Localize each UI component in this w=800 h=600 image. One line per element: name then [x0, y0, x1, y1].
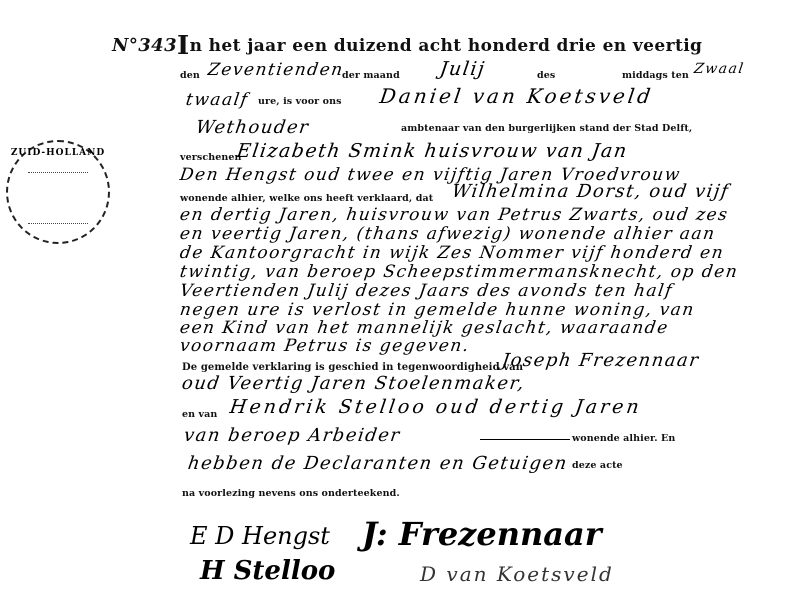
print-wonende-verklaard: wonende alhier, welke ons heeft verklaar… — [180, 193, 433, 204]
print-deze-acte: deze acte — [572, 460, 623, 471]
signature-frezennaar: J: Frezennaar — [362, 515, 602, 553]
label-den: den — [180, 70, 200, 81]
handwritten-line-14: voornaam Petrus is gegeven. — [179, 336, 471, 356]
handwritten-mother: Wilhelmina Dorst, oud vijf — [451, 181, 731, 202]
handwritten-hour-part2: twaalf — [185, 90, 250, 110]
handwritten-line-10: twintig, van beroep Scheepstimmermanskne… — [179, 262, 740, 282]
handwritten-official-name: Daniel van Koetsveld — [378, 84, 655, 108]
label-verschenen: verschenen — [180, 152, 242, 163]
handwritten-line-7: en dertig Jaren, huisvrouw van Petrus Zw… — [179, 205, 730, 225]
label-des: des — [537, 70, 555, 81]
print-wonende-alhier: wonende alhier. En — [572, 433, 675, 444]
print-na-voorlezing: na voorlezing nevens ons onderteekend. — [182, 488, 400, 499]
handwritten-line-13: een Kind van het mannelijk geslacht, waa… — [179, 318, 671, 338]
stamp-text: ZUID-HOLLAND — [8, 148, 108, 158]
label-ure: ure, is voor ons — [258, 96, 342, 107]
filler-dash-line — [480, 439, 570, 440]
handwritten-declarant: Elizabeth Smink huisvrouw van Jan — [235, 140, 629, 162]
label-der-maand: der maand — [342, 70, 400, 81]
label-en-van: en van — [182, 409, 217, 420]
record-heading: N°343In het jaar een duizend acht honder… — [112, 28, 702, 58]
handwritten-witness-1: Joseph Frezennaar — [501, 350, 701, 371]
print-ambtenaar: ambtenaar van den burgerlijken stand der… — [401, 123, 692, 134]
official-stamp: ZUID-HOLLAND — [6, 140, 110, 244]
heading-text: n het jaar een duizend acht honderd drie… — [190, 36, 703, 56]
handwritten-witness-2: Hendrik Stelloo oud dertig Jaren — [228, 396, 643, 418]
heading-initial: I — [177, 31, 190, 61]
label-middags: middags ten — [622, 70, 689, 81]
stamp-seal-pattern — [28, 172, 88, 224]
handwritten-line-8: en veertig Jaren, (thans afwezig) wonend… — [179, 224, 717, 244]
signature-van-koetsveld: D van Koetsveld — [420, 562, 614, 586]
handwritten-official-role: Wethouder — [195, 117, 311, 138]
signature-stelloo: H Stelloo — [200, 556, 335, 586]
handwritten-day: Zeventienden — [207, 60, 345, 80]
handwritten-line-11: Veertienden Julij dezes Jaars des avonds… — [179, 281, 675, 301]
print-gemelde-verklaring: De gemelde verklaring is geschied in teg… — [182, 362, 523, 373]
handwritten-month: Julij — [438, 58, 486, 80]
handwritten-signing-clause: hebben de Declaranten en Getuigen — [187, 453, 570, 474]
handwritten-hour-part1: Zwaal — [693, 61, 746, 77]
handwritten-line-12: negen ure is verlost in gemelde hunne wo… — [179, 300, 697, 320]
handwritten-line-9: de Kantoorgracht in wijk Zes Nommer vijf… — [179, 243, 726, 263]
handwritten-witness-1-details: oud Veertig Jaren Stoelenmaker, — [181, 373, 527, 394]
handwritten-witness-2-occupation: van beroep Arbeider — [183, 425, 402, 446]
signature-hengst: E D Hengst — [190, 522, 330, 550]
record-number: N°343 — [112, 35, 177, 56]
